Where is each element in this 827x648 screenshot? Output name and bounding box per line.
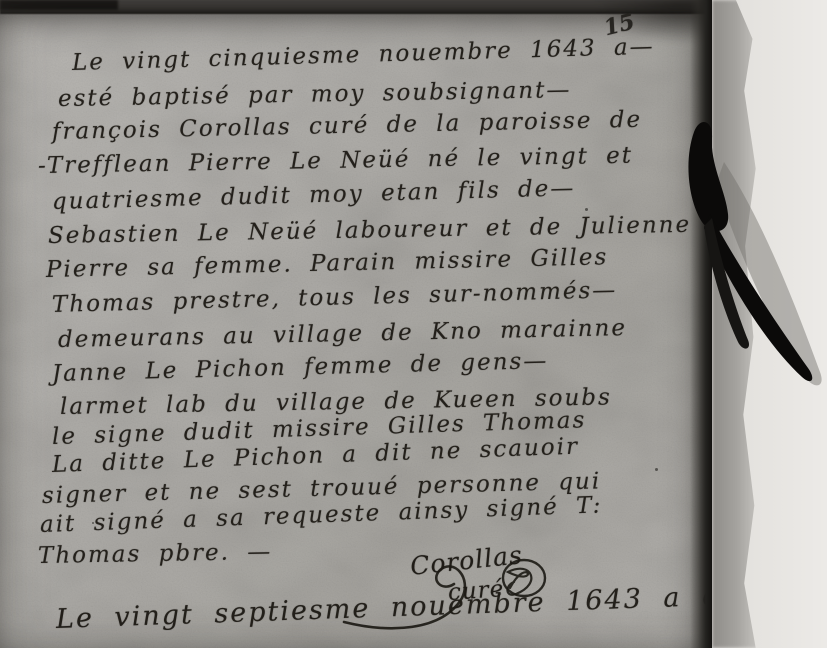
record-line: Le vingt cinquiesme nouembre 1643 a—	[72, 34, 655, 76]
record-line: -Trefflean Pierre Le Neüé né le vingt et	[38, 143, 633, 179]
scanned-register-photo: 15 Le vingt cinquiesme nouembre 1643 a— …	[0, 0, 827, 648]
record-line: Thomas pbre. —	[38, 539, 273, 569]
record-line: quatriesme dudit moy etan fils de—	[52, 175, 576, 215]
register-page: 15 Le vingt cinquiesme nouembre 1643 a— …	[0, 0, 712, 648]
record-line: Thomas prestre, tous les sur-nommés—	[52, 277, 618, 318]
record-line: Janne Le Pichon femme de gens—	[52, 348, 549, 387]
ink-speck	[388, 332, 392, 335]
record-line: françois Corollas curé de la paroisse de	[52, 107, 643, 145]
ink-speck	[92, 522, 94, 524]
record-line: Sebastien Le Neüé laboureur et de Julien…	[48, 212, 692, 249]
ink-speck	[120, 300, 122, 302]
binding-ribbon	[686, 118, 826, 403]
book-top-edge-dark-corner	[0, 0, 118, 10]
record-line: Pierre sa femme. Parain missire Gilles	[46, 244, 609, 283]
ink-speck	[585, 208, 588, 211]
record-line: esté baptisé par moy soubsignant—	[58, 77, 572, 112]
ink-speck	[655, 468, 658, 471]
